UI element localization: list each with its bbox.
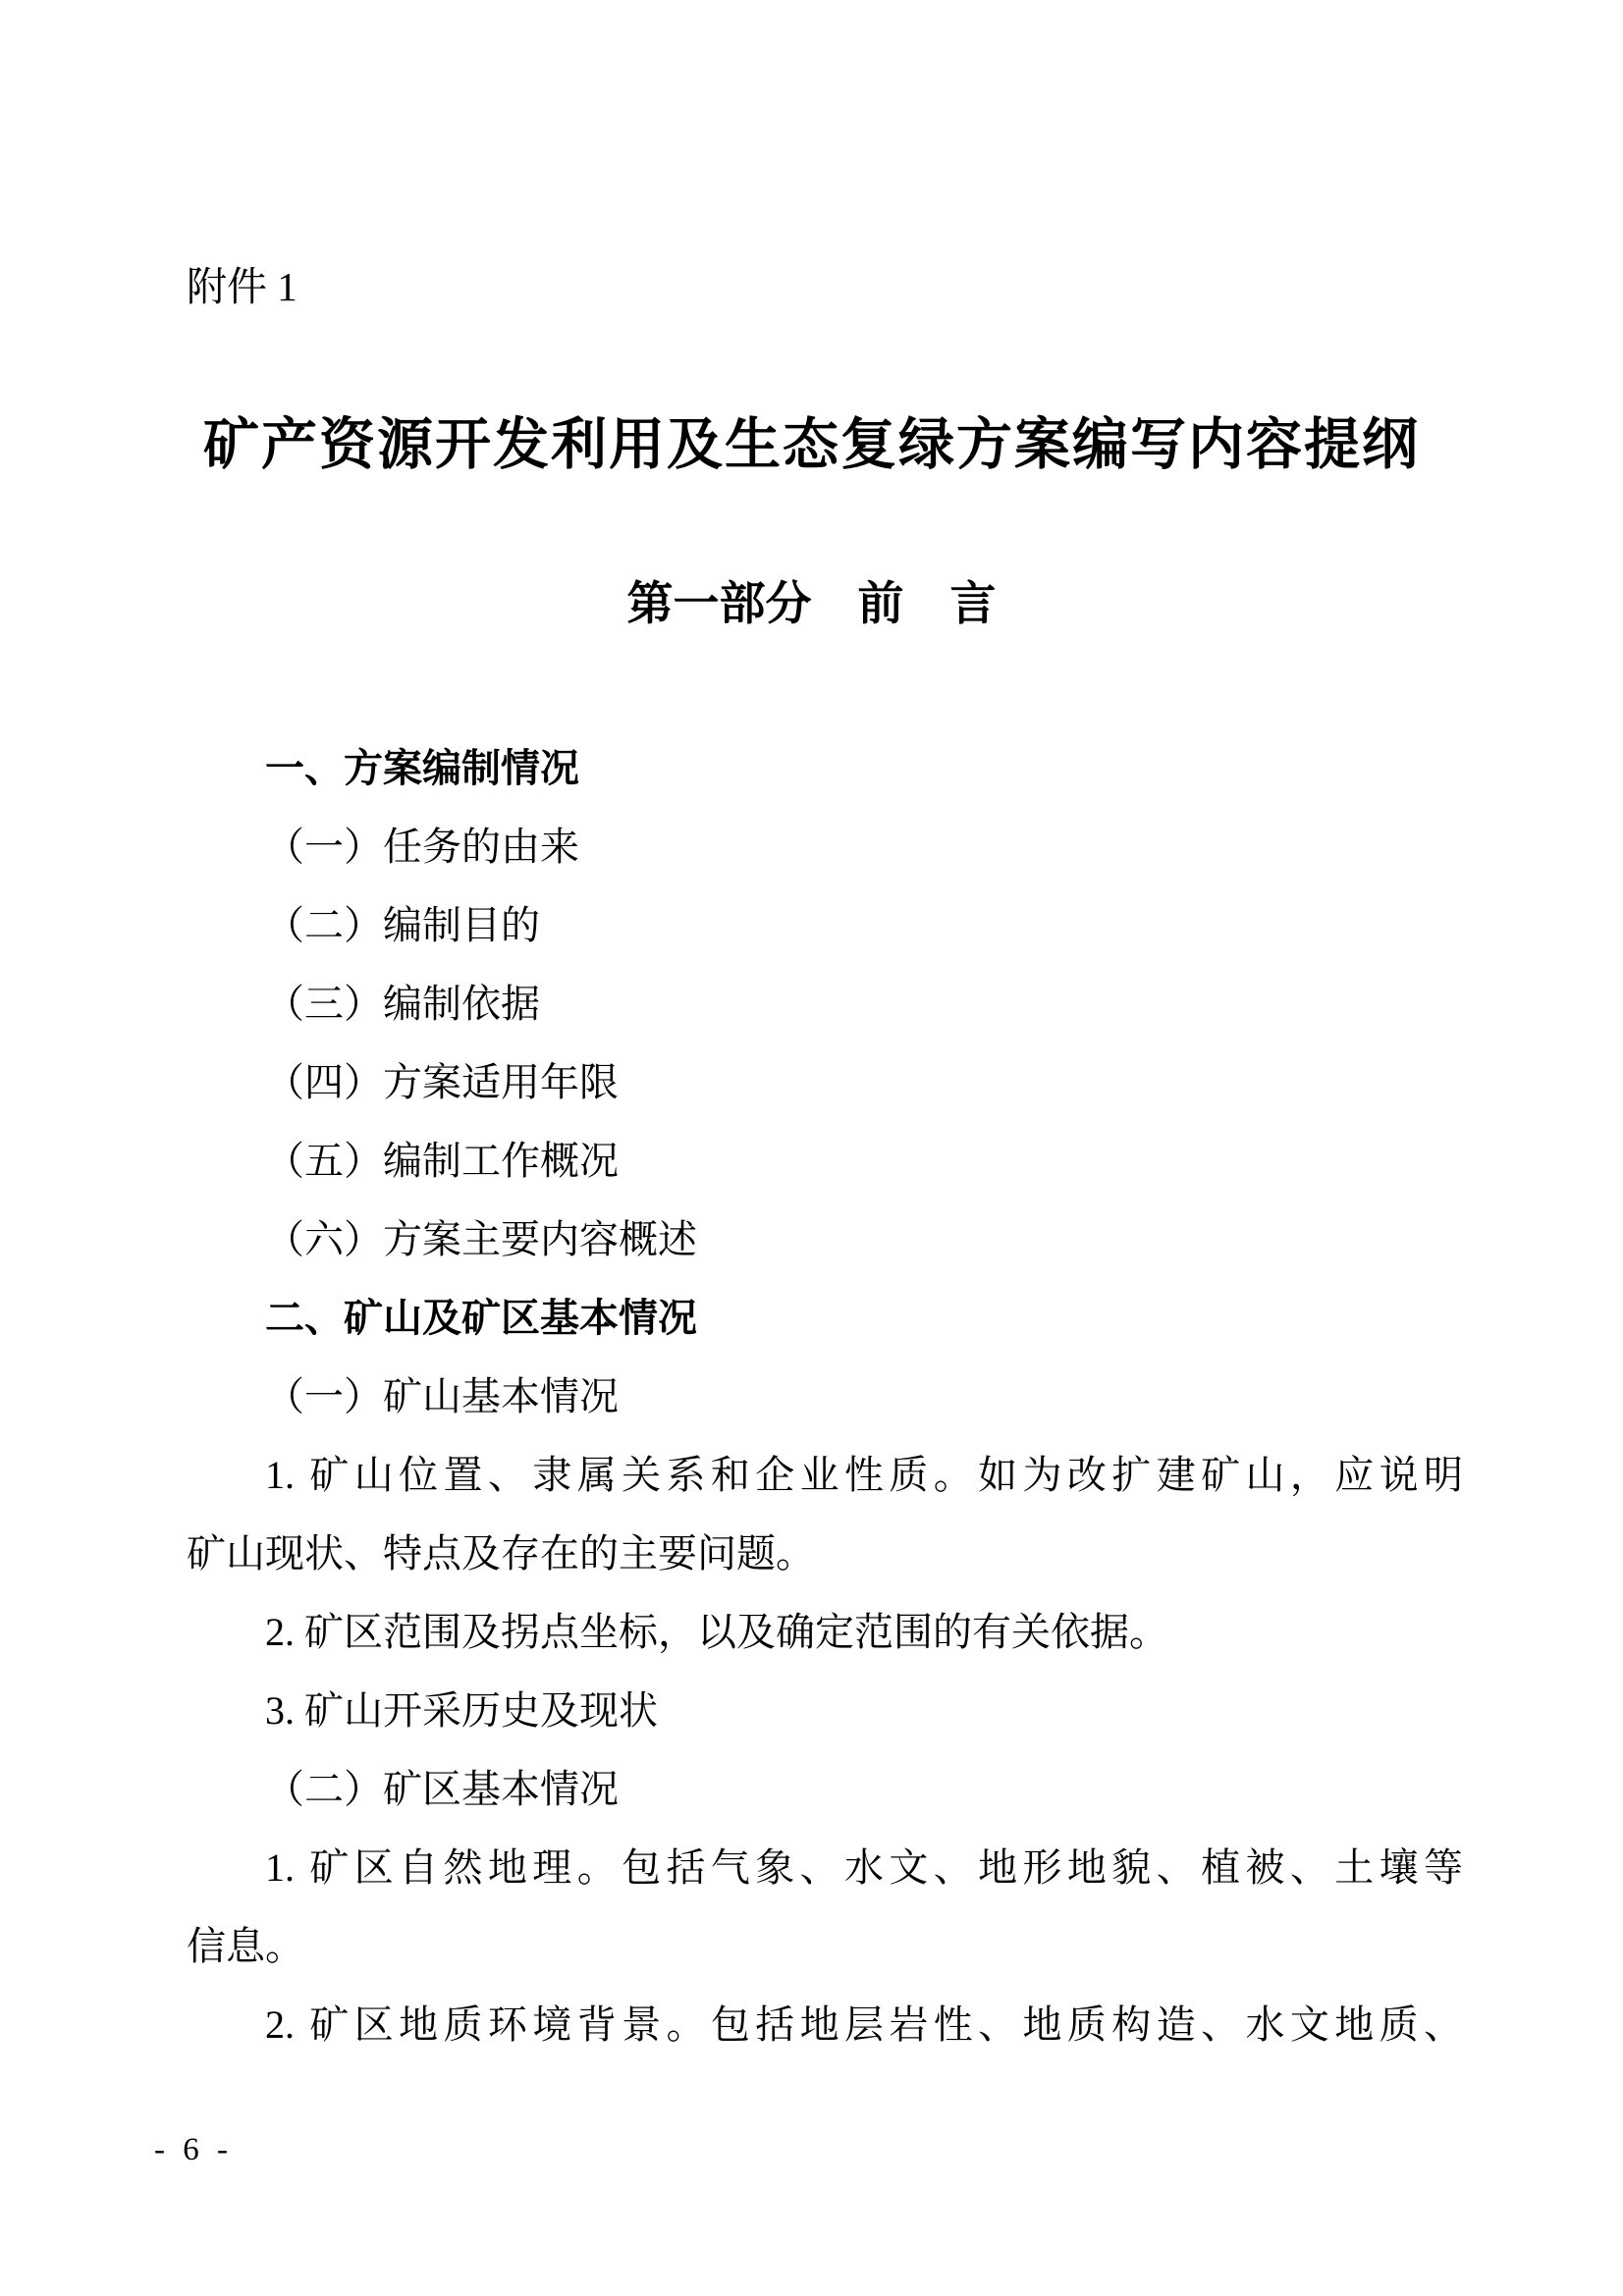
outline-line-item: （一）任务的由来 bbox=[187, 808, 1463, 886]
outline-line-para: 1. 矿区自然地理。包括气象、水文、地形地貌、植被、土壤等 bbox=[187, 1829, 1463, 1907]
outline-line-item: （五）编制工作概况 bbox=[187, 1122, 1463, 1201]
attachment-label: 附件 1 bbox=[187, 261, 298, 312]
outline-line-item: （四）方案适用年限 bbox=[187, 1043, 1463, 1122]
outline-line-section: 二、矿山及矿区基本情况 bbox=[187, 1279, 1463, 1358]
outline-line-para: 矿山现状、特点及存在的主要问题。 bbox=[187, 1515, 1463, 1593]
document-page: 附件 1 矿产资源开发利用及生态复绿方案编写内容提纲 第一部分 前 言 一、方案… bbox=[0, 0, 1623, 2296]
outline-line-para: 2. 矿区范围及拐点坐标，以及确定范围的有关依据。 bbox=[187, 1593, 1463, 1672]
outline-line-item: （二）编制目的 bbox=[187, 886, 1463, 965]
outline-line-para: 3. 矿山开采历史及现状 bbox=[187, 1672, 1463, 1750]
outline-line-item: （二）矿区基本情况 bbox=[187, 1750, 1463, 1829]
outline-line-para: 2. 矿区地质环境背景。包括地层岩性、地质构造、水文地质、 bbox=[187, 1986, 1463, 2064]
outline-line-item: （三）编制依据 bbox=[187, 965, 1463, 1043]
document-title: 矿产资源开发利用及生态复绿方案编写内容提纲 bbox=[0, 410, 1623, 481]
outline-line-item: （六）方案主要内容概述 bbox=[187, 1201, 1463, 1279]
outline-line-item: （一）矿山基本情况 bbox=[187, 1358, 1463, 1436]
part-heading: 第一部分 前 言 bbox=[0, 573, 1623, 634]
outline-line-para: 1. 矿山位置、隶属关系和企业性质。如为改扩建矿山，应说明 bbox=[187, 1436, 1463, 1515]
outline: 一、方案编制情况（一）任务的由来（二）编制目的（三）编制依据（四）方案适用年限（… bbox=[187, 729, 1463, 2064]
page-number: - 6 - bbox=[154, 2128, 233, 2171]
outline-line-section: 一、方案编制情况 bbox=[187, 729, 1463, 808]
outline-line-para: 信息。 bbox=[187, 1907, 1463, 1986]
